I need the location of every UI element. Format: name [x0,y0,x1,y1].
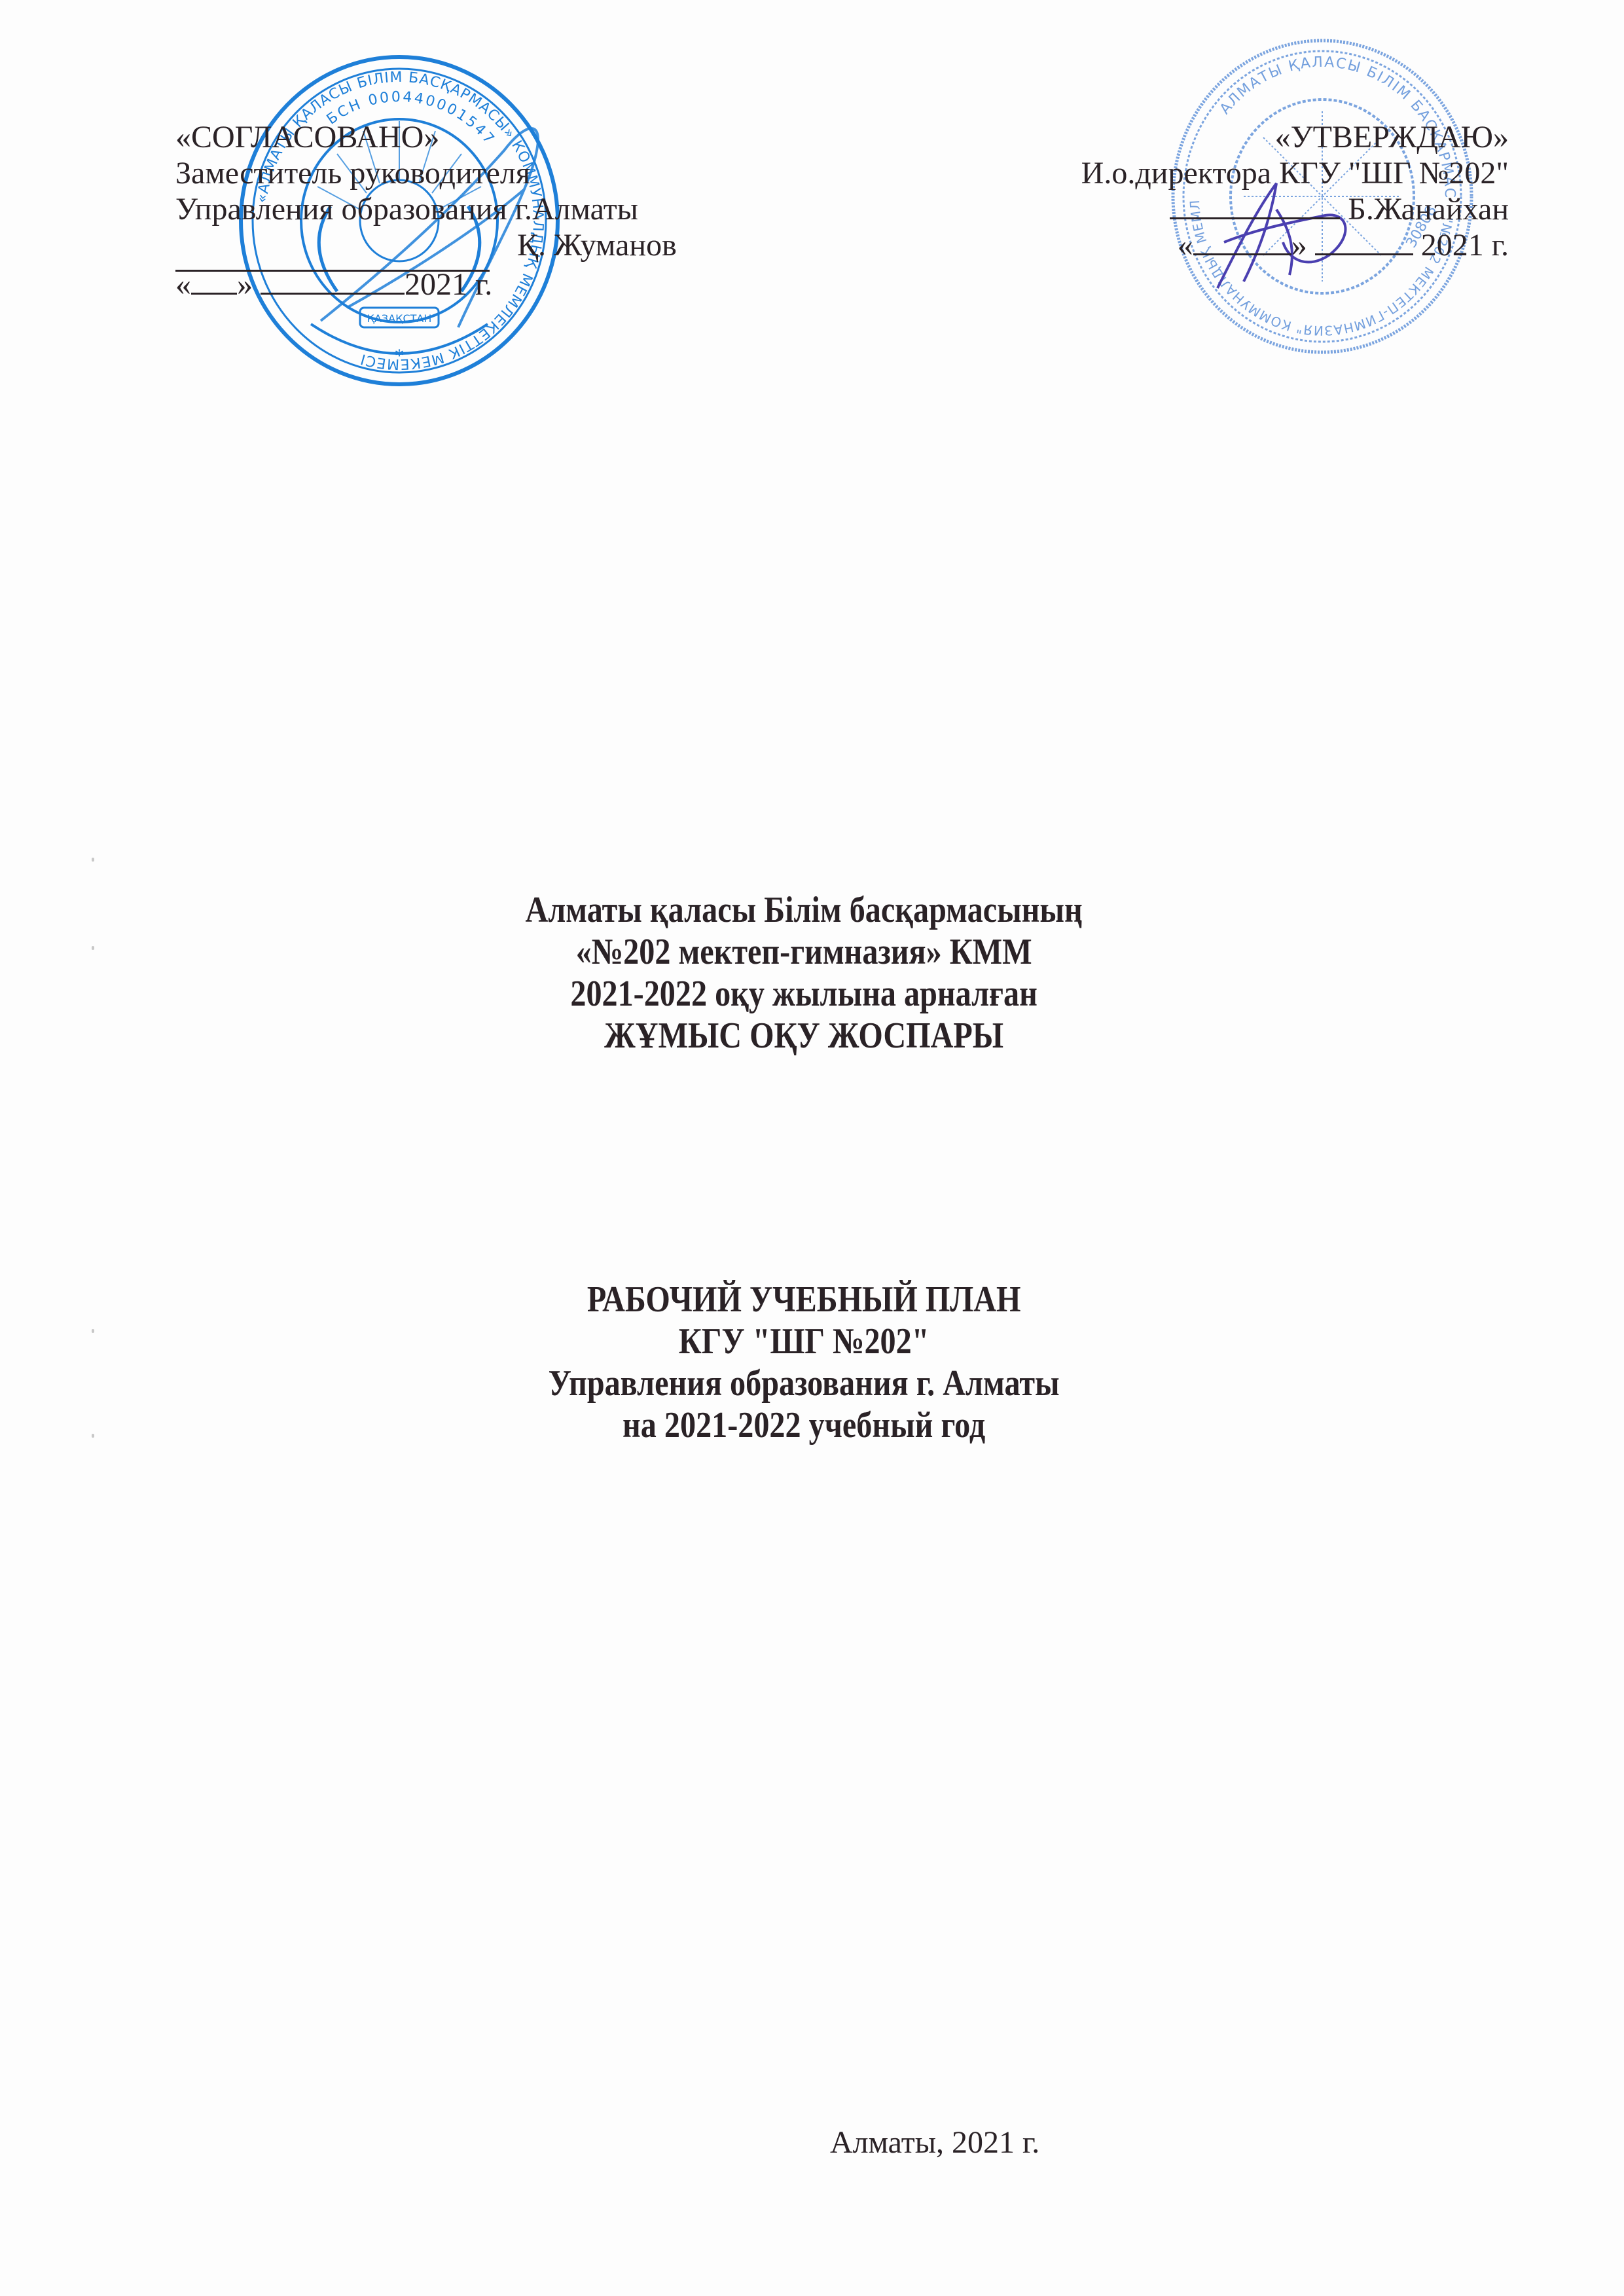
scan-mark [92,858,94,862]
agreed-position-line1: Заместитель руководителя [175,155,677,191]
approved-signature-line [1170,191,1340,219]
agreed-date-line: «» 2021 г. [175,266,677,302]
title-kz-line3: 2021-2022 оқу жылына арналған [105,973,1502,1015]
title-kz-line4: ЖҰМЫС ОҚУ ЖОСПАРЫ [105,1015,1502,1057]
approved-position: И.о.директора КГУ "ШГ №202" [1081,155,1509,191]
document-page: «АЛМАТЫ ҚАЛАСЫ БІЛІМ БАСҚАРМАСЫ» КОММУНА… [0,0,1624,2296]
svg-text:*: * [395,345,405,367]
agreed-heading: «СОГЛАСОВАНО» [175,119,677,155]
scan-mark [92,946,94,950]
title-kazakh: Алматы қаласы Білім басқармасының «№202 … [117,889,1514,1057]
title-ru-line4: на 2021-2022 учебный год [105,1404,1502,1446]
title-ru-line1: РАБОЧИЙ УЧЕБНЫЙ ПЛАН [105,1279,1502,1321]
title-ru-line3: Управления образования г. Алматы [105,1362,1502,1404]
approved-heading: «УТВЕРЖДАЮ» [1081,119,1509,155]
scan-mark [92,1434,94,1438]
approval-approved-block: «УТВЕРЖДАЮ» И.о.директора КГУ "ШГ №202" … [1081,119,1509,263]
title-kz-line1: Алматы қаласы Білім басқармасының [105,889,1502,931]
agreed-position-line2: Управления образования г.Алматы [175,191,677,227]
scan-mark [92,1329,94,1333]
title-ru-line2: КГУ "ШГ №202" [105,1321,1502,1362]
title-russian: РАБОЧИЙ УЧЕБНЫЙ ПЛАН КГУ "ШГ №202" Управ… [117,1279,1514,1446]
title-kz-line2: «№202 мектеп-гимназия» КММ [105,931,1502,973]
approved-date-line: «» 2021 г. [1081,227,1509,263]
place-and-year: Алматы, 2021 г. [830,2124,1039,2160]
approval-agreed-block: «СОГЛАСОВАНО» Заместитель руководителя У… [175,119,677,319]
approved-signatory-line: Б.Жанайхан [1081,191,1509,227]
